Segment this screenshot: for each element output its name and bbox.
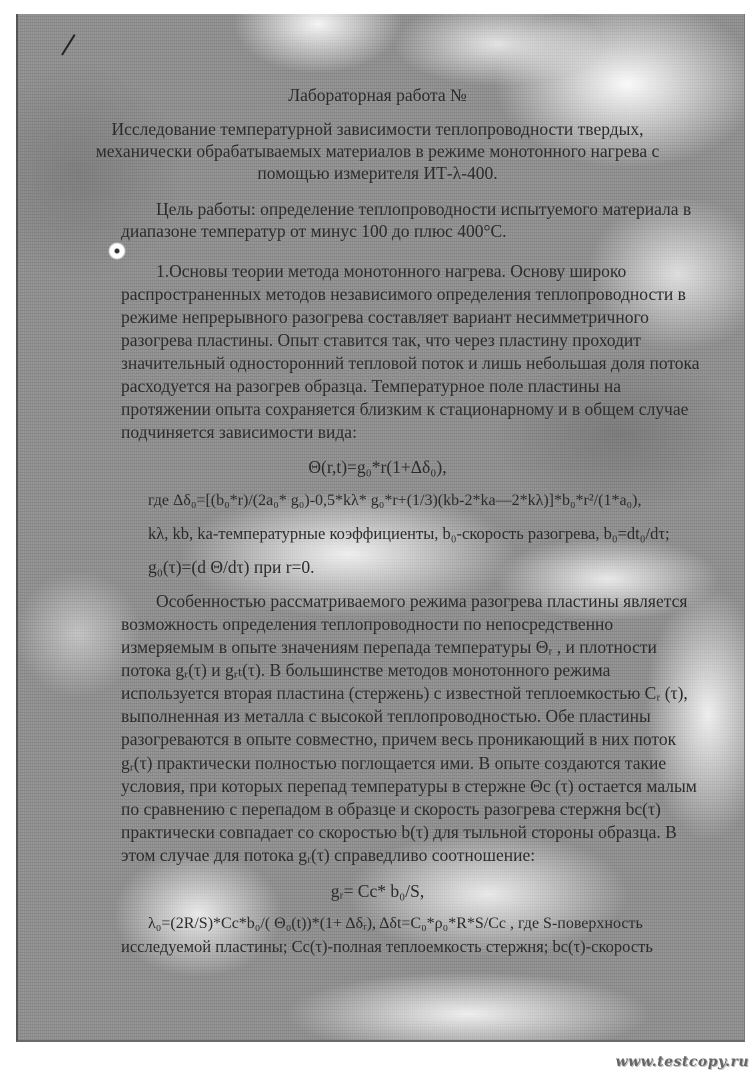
- paragraph-line: этом случае для потока gᵣ(τ) справедливо…: [121, 844, 535, 866]
- paragraph-line: 1.Основы теории метода монотонного нагре…: [156, 260, 626, 282]
- paragraph-line: исследуемой пластины; Cc(τ)-полная тепло…: [121, 936, 653, 958]
- formula-flux: gᵣ= Cc* b₀/S,: [0, 880, 755, 902]
- paragraph-line: протяжении опыта сохраняется близким к с…: [121, 398, 688, 420]
- paragraph-line: возможность определения теплопроводности…: [121, 613, 613, 635]
- paragraph-line: значительный односторонний тепловой пото…: [121, 352, 700, 374]
- paragraph-line: разогрева пластины. Опыт ставится так, ч…: [121, 329, 641, 351]
- paragraph-line: используется вторая пластина (стержень) …: [121, 682, 688, 704]
- paragraph-line: практически совпадает со скоростью b(τ) …: [121, 821, 677, 843]
- paragraph-line: gᵣ(τ) практически полностью поглощается …: [121, 752, 666, 774]
- formula-main: Θ(r,t)=g₀*r(1+Δδ₀),: [0, 456, 755, 478]
- paragraph-line: расходуется на разогрев образца. Темпера…: [121, 375, 621, 397]
- subtitle-line: Исследование температурной зависимости т…: [0, 118, 755, 140]
- goal-line: диапазоне температур от минус 100 до плю…: [121, 220, 507, 242]
- document-title: Лабораторная работа №: [0, 84, 755, 106]
- paragraph-line: выполненная из металла с высокой теплопр…: [121, 705, 651, 727]
- paragraph-line: подчиняется зависимости вида:: [121, 421, 357, 443]
- paragraph-line: распространенных методов независимого оп…: [121, 283, 686, 305]
- g0-definition: g₀(τ)=(d Θ/dτ) при r=0.: [148, 556, 315, 578]
- paragraph-line: Особенностью рассматриваемого режима раз…: [156, 590, 687, 612]
- formula-lambda: λ₀=(2R/S)*Cc*b₀/( Θ₀(t))*(1+ Δδᵣ), Δδt=C…: [148, 913, 643, 935]
- document-text: Лабораторная работа № Исследование темпе…: [0, 0, 755, 1080]
- paragraph-line: разогреваются в опыте совместно, причем …: [121, 728, 676, 750]
- paragraph-line: условия, при которых перепад температуры…: [121, 775, 697, 797]
- formula-delta: где Δδ₀=[(b₀*r)/(2a₀* g₀)-0,5*kλ* g₀*r+(…: [148, 490, 641, 512]
- goal-line: Цель работы: определение теплопроводност…: [156, 198, 691, 220]
- subtitle-line: механически обрабатываемых материалов в …: [0, 140, 755, 162]
- paragraph-line: режиме непрерывного разогрева составляет…: [121, 306, 649, 328]
- paragraph-line: потока gᵣ(τ) и gᵣₜ(τ). В большинстве мет…: [121, 659, 610, 681]
- paragraph-line: по сравнению с перепадом в образце и ско…: [121, 798, 661, 820]
- coefficients-line: kλ, kb, ka-температурные коэффициенты, b…: [148, 523, 670, 545]
- subtitle-line: помощью измерителя ИТ-λ-400.: [0, 162, 755, 184]
- paragraph-line: измеряемым в опыте значениям перепада те…: [121, 636, 657, 658]
- watermark: www.testcopy.ru: [616, 1054, 749, 1070]
